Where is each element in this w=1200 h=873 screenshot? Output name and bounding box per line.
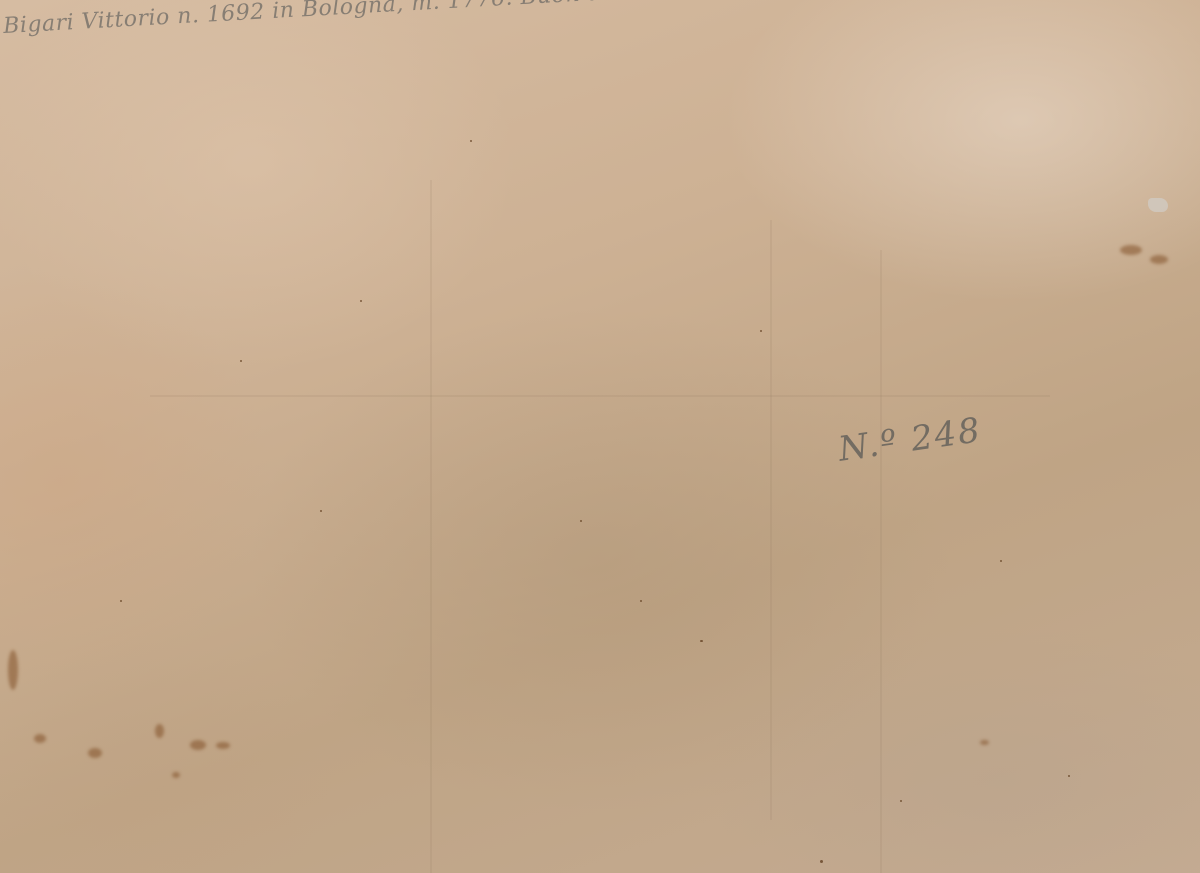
inventory-number: N.º 248 — [836, 410, 984, 470]
fold-crease — [430, 180, 432, 873]
paper-speck — [1000, 560, 1002, 562]
paper-sheet: Bigari Vittorio n. 1692 in Bologna, m. 1… — [0, 0, 1200, 873]
foxing-stain — [190, 740, 206, 750]
paper-speck — [320, 510, 322, 512]
paper-speck — [360, 300, 362, 302]
foxing-stain — [216, 742, 230, 749]
paper-speck — [700, 640, 703, 642]
paper-speck — [760, 330, 762, 332]
fold-crease — [150, 395, 1050, 397]
paper-speck — [820, 860, 823, 863]
fold-crease — [880, 250, 882, 873]
paper-speck — [240, 360, 242, 362]
foxing-stain — [88, 748, 102, 758]
foxing-stain — [155, 724, 164, 738]
foxing-stain — [172, 772, 180, 778]
paper-chip — [1148, 198, 1168, 212]
fold-crease — [770, 220, 772, 820]
paper-speck — [640, 600, 642, 602]
paper-speck — [120, 600, 122, 602]
paper-speck — [470, 140, 472, 142]
foxing-stain — [980, 740, 989, 745]
foxing-stain — [1150, 255, 1168, 264]
foxing-stain — [1120, 245, 1142, 255]
paper-speck — [1068, 775, 1070, 777]
paper-speck — [580, 520, 582, 522]
attribution-inscription: Bigari Vittorio n. 1692 in Bologna, m. 1… — [3, 0, 950, 39]
foxing-stain — [34, 734, 46, 743]
paper-speck — [900, 800, 902, 802]
foxing-stain — [8, 650, 18, 690]
